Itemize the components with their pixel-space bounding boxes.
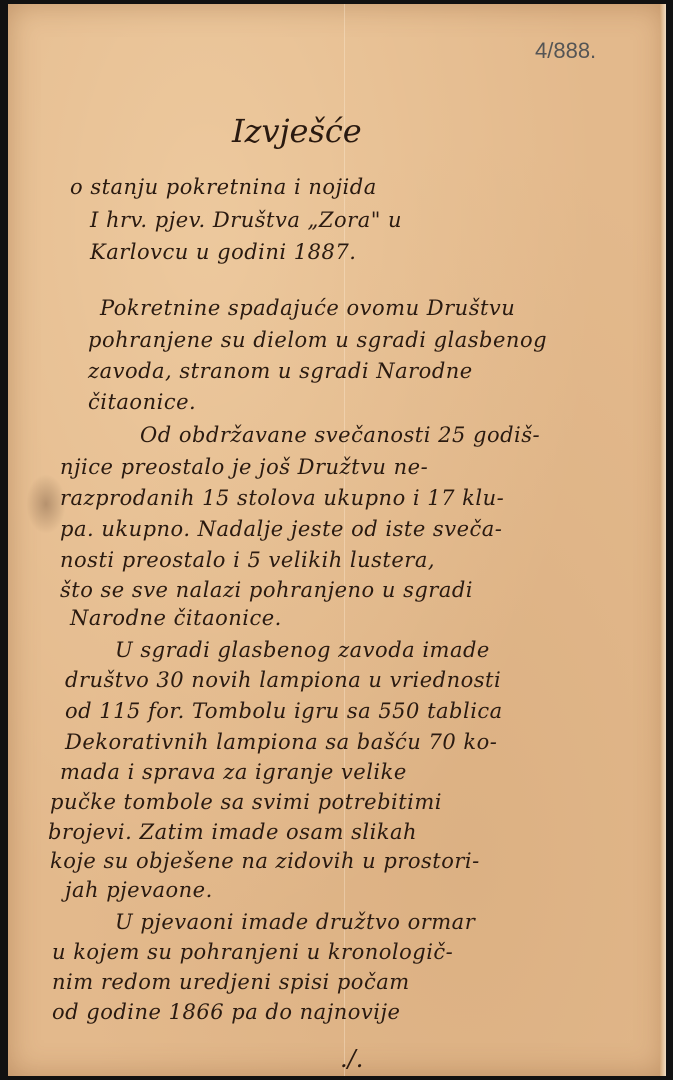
body-line: Pokretnine spadajuće ovomu Društvu (100, 296, 515, 320)
body-line: od godine 1866 pa do najnovije (52, 1000, 400, 1024)
archive-number: 4/888. (535, 38, 596, 64)
body-line: nosti preostalo i 5 velikih lustera, (60, 548, 435, 572)
body-line: U sgradi glasbenog zavoda imade (115, 638, 490, 662)
body-line: jah pjevaone. (65, 878, 213, 902)
body-line: brojevi. Zatim imade osam slikah (48, 820, 417, 844)
body-line: od 115 for. Tombolu igru sa 550 tablica (65, 699, 503, 723)
body-line: čitaonice. (88, 390, 196, 414)
body-line: pučke tombole sa svimi potrebitimi (50, 790, 442, 814)
body-line: Od obdržavane svečanosti 25 godiš- (140, 423, 540, 447)
body-line: zavoda, stranom u sgradi Narodne (88, 359, 473, 383)
body-line: U pjevaoni imade družtvo ormar (115, 910, 475, 934)
body-line: koje su obješene na zidovih u prostori- (50, 849, 480, 873)
body-line: njice preostalo je još Družtvu ne- (60, 455, 428, 479)
body-line: u kojem su pohranjeni u kronologič- (52, 940, 453, 964)
document-title: Izvješće (232, 112, 362, 150)
body-line: Dekorativnih lampiona sa bašću 70 ko- (65, 730, 497, 754)
heading-line: I hrv. pjev. Društva „Zora" u (90, 208, 402, 232)
body-line: pa. ukupno. Nadalje jeste od iste sveča- (60, 517, 502, 541)
body-line: razprodanih 15 stolova ukupno i 17 klu- (60, 486, 504, 510)
body-line: nim redom uredjeni spisi počam (52, 970, 410, 994)
end-mark: ./. (340, 1045, 363, 1073)
body-line: pohranjene su dielom u sgradi glasbenog (88, 328, 547, 352)
heading-line: Karlovcu u godini 1887. (90, 240, 356, 264)
body-line: društvo 30 novih lampiona u vriednosti (65, 668, 501, 692)
page-edge (660, 4, 666, 1076)
body-line: mada i sprava za igranje velike (60, 760, 407, 784)
heading-line: o stanju pokretnina i nojida (70, 175, 377, 199)
body-line: Narodne čitaonice. (70, 606, 282, 630)
body-line: što se sve nalazi pohranjeno u sgradi (60, 578, 473, 602)
